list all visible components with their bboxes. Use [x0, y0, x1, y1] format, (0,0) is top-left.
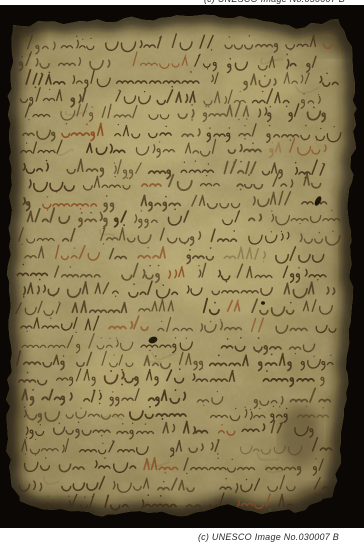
- bottom-photo-caption: (c) UNESCO Image No.030007 B: [198, 532, 339, 542]
- top-photo-caption: (c) UNESCO Image No.030007 B: [204, 0, 345, 4]
- scanned-manuscript-page: (c) UNESCO Image No.030007 B (c) UNESCO …: [0, 0, 364, 548]
- photo-frame: [0, 5, 364, 528]
- manuscript-parchment: [0, 5, 364, 528]
